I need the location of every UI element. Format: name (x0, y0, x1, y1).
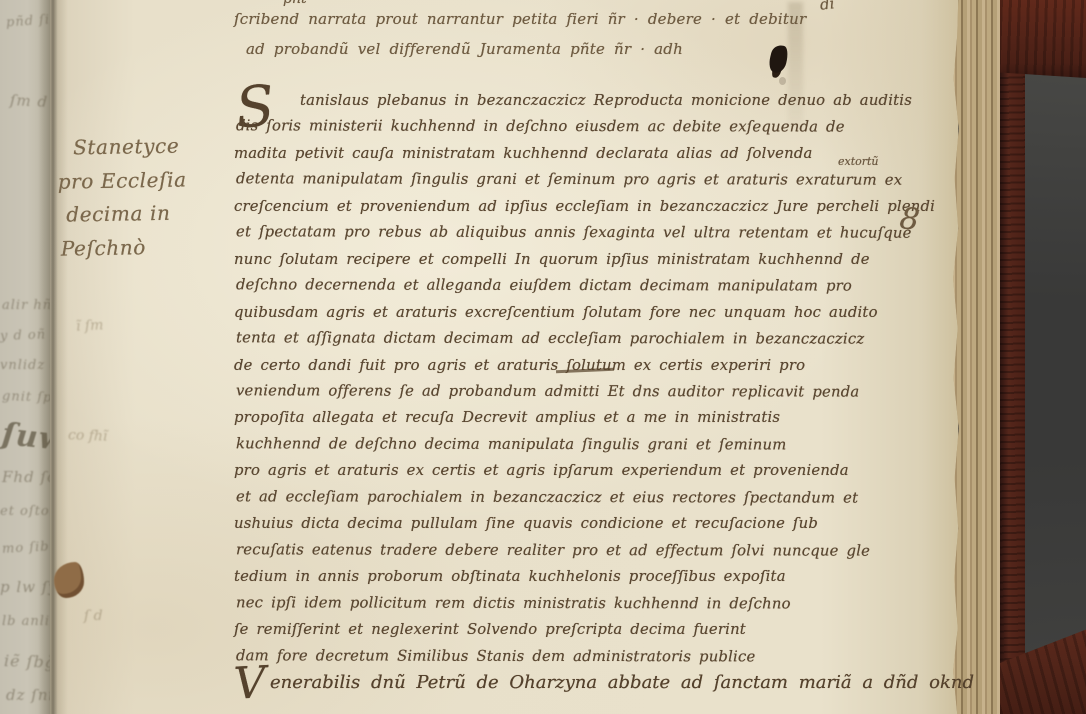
text-line: recuſatis eatenus tradere debere realite… (236, 537, 948, 565)
margin-note: Stanetycepro Eccleſiadecima inPeſchnò (57, 128, 254, 265)
interlinear-superscript: extortũ (838, 155, 879, 168)
top-paragraph-fragment: ſcribend narrata prout narrantur petita … (234, 4, 944, 64)
book-cover-top-corner (1000, 0, 1086, 78)
corner-word-fragment: di (819, 0, 835, 14)
text-line: nunc ſolutam recipere et compelli In quo… (234, 247, 946, 273)
text-line: enerabilis dnũ Petrũ de Oharzyna abbate … (234, 672, 1034, 693)
text-line: creſcencium et proveniendum ad ipſius ec… (234, 194, 946, 220)
ink-blot-dot (779, 77, 786, 85)
text-line: ſe remiſſerint et neglexerint Solvendo p… (234, 617, 946, 643)
text-line: nec ipſi idem pollicitum rem dictis mini… (236, 590, 948, 618)
text-line: tanislaus plebanus in bezanczaczicz Repr… (234, 88, 946, 114)
text-line: ad probandũ vel differendũ Juramenta pñt… (234, 34, 944, 64)
text-line: deſchno decernenda et alleganda eiuſdem … (236, 272, 948, 300)
text-line: dam fore decretum Similibus Stanis dem a… (236, 643, 948, 671)
margin-note-line: pro Eccleſia (57, 162, 253, 199)
main-paragraph: tanislaus plebanus in bezanczaczicz Repr… (234, 88, 946, 670)
text-line: ushuius dicta decima pullulam ſine quavi… (234, 511, 946, 537)
manuscript-scan: pñd ſiſm dalir hñly d oñ ſlvnlidz dgnit … (0, 0, 1086, 714)
text-line: detenta manipulatam ſingulis grani et ſe… (236, 167, 948, 195)
showthrough-mark: ĩ ſm (76, 317, 104, 334)
bottom-paragraph-fragment: enerabilis dnũ Petrũ de Oharzyna abbate … (234, 672, 1034, 693)
showthrough-mark: ſ d (84, 608, 103, 624)
margin-note-line: Stanetyce (57, 128, 253, 165)
text-line: et ad eccleſiam parochialem in bezanczac… (236, 484, 948, 512)
text-line: tenta et aſſignata dictam decimam ad ecc… (236, 325, 948, 353)
book-cover-spine (1000, 0, 1025, 714)
margin-note-line: Peſchnò (59, 229, 255, 266)
text-line: tedium in annis proborum obſtinata kuchh… (234, 564, 946, 590)
text-line: ſcribend narrata prout narrantur petita … (234, 4, 944, 34)
text-line: dis ſoris ministerii kuchhennd in deſchn… (236, 114, 948, 142)
text-line: veniendum offerens ſe ad probandum admit… (236, 378, 948, 406)
text-line: quibusdam agris et araturis excreſcentiu… (234, 300, 946, 326)
text-line: propoſita allegata et recuſa Decrevit am… (234, 405, 946, 431)
showthrough-mark: co fhĩ (68, 427, 108, 444)
text-line: et ſpectatam pro rebus ab aliquibus anni… (236, 220, 948, 248)
page-gutter-shadow (38, 0, 68, 714)
text-line: de certo dandi fuit pro agris et araturi… (234, 353, 946, 379)
text-line: kuchhennd de deſchno decima manipulata ſ… (236, 431, 948, 459)
page-edge-deckle (952, 0, 1004, 714)
margin-note-line: decima in (58, 195, 254, 232)
text-line: pro agris et araturis ex certis et agris… (234, 458, 946, 484)
cropped-line-fragment: pñt (283, 0, 307, 7)
